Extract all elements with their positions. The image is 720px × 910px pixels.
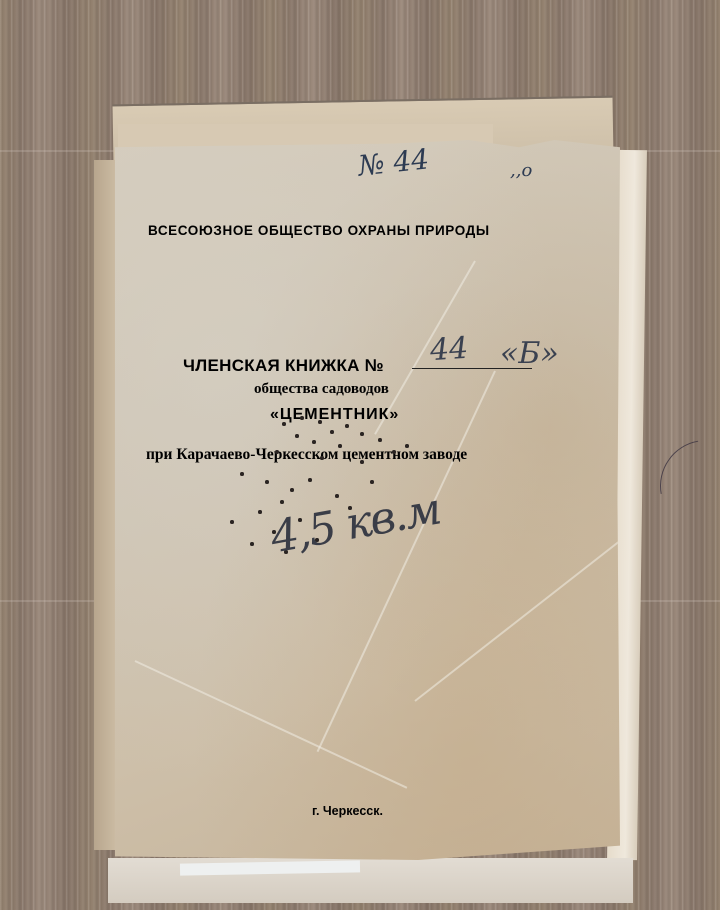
organization-title: ВСЕСОЮЗНОЕ ОБЩЕСТВО ОХРАНЫ ПРИРОДЫ (148, 223, 490, 238)
handwritten-mark: ,,о (510, 160, 532, 181)
booklet-title: ЧЛЕНСКАЯ КНИЖКА № (183, 356, 384, 376)
booklet-spine-edge (94, 160, 116, 850)
handwritten-booklet-suffix: «Б» (500, 336, 559, 371)
pen-mark (642, 422, 720, 550)
city-line: г. Черкесск. (312, 804, 383, 818)
handwritten-booklet-number: 44 (429, 331, 470, 369)
society-line: общества садоводов (254, 381, 389, 398)
paper-crease (135, 660, 408, 789)
